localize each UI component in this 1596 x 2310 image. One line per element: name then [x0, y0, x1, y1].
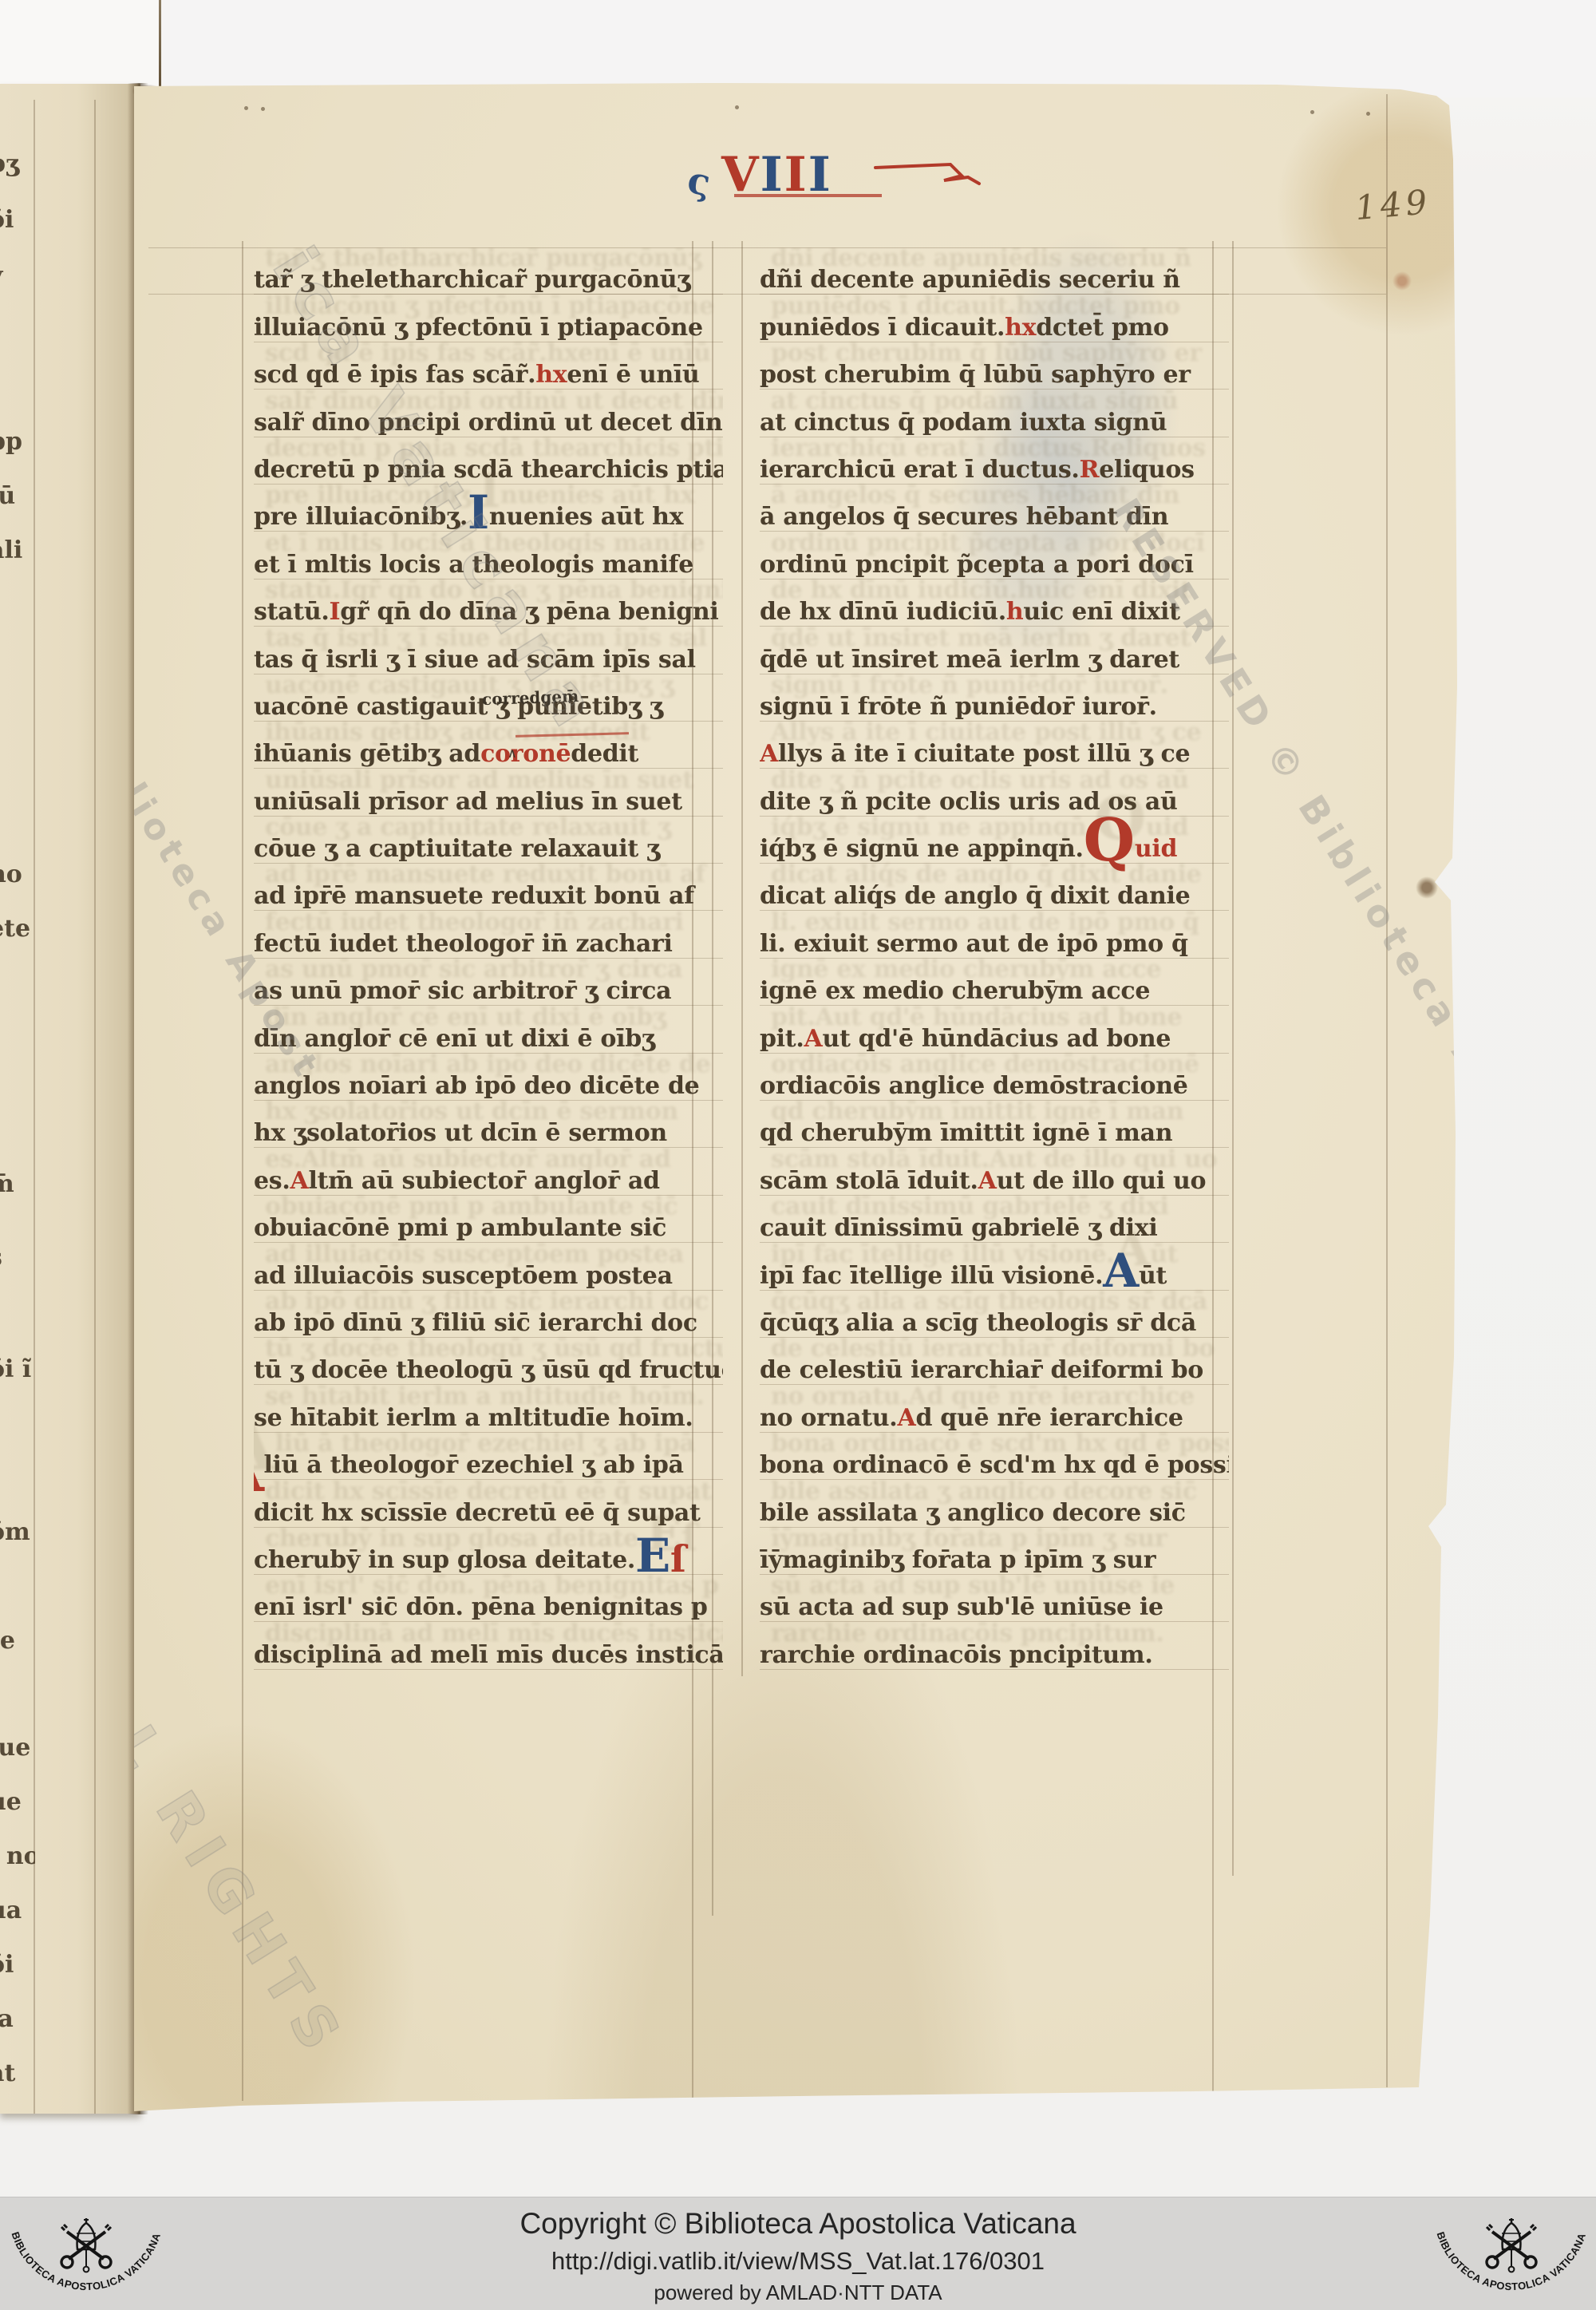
paraph-mark: ς: [685, 158, 713, 204]
line-text: es.: [254, 1167, 290, 1195]
line-text: d quē nr̄e ierarchice: [915, 1404, 1183, 1432]
text-line: de celestiū ierarchiar̄ deiformi bo: [760, 1338, 1229, 1385]
line-text: ut de illo qui uo: [997, 1167, 1207, 1195]
line-text: bona ordinacō ē scd'm hx qd ē possi: [760, 1451, 1229, 1479]
text-line: rarchie ordinacōis pncipitum.: [760, 1622, 1229, 1669]
line-text: ūt: [1139, 1262, 1167, 1290]
line-text: īȳmaginibʒ for̄ata p ipīm ʒ sur: [760, 1546, 1156, 1574]
backing-sheet-right: [162, 0, 1596, 97]
line-text: cōue ʒ a captiuitate relaxauit ʒ: [254, 835, 660, 863]
text-line: salr̃ dīno pncipi ordinū ut decet dīn: [254, 390, 723, 437]
line-text: se hītabit ierlm a mltitudīe hoīm.: [254, 1404, 693, 1432]
text-line: sū acta ad sup sub'lē uniūse ie: [760, 1575, 1229, 1622]
text-line: signū ī frōte ñ puniēdor̄ iuror̄.: [760, 674, 1229, 722]
facing-page-text-fragment: ŏi: [0, 206, 35, 234]
decorated-initial: I: [330, 598, 341, 626]
facing-page-text-fragment: ue: [0, 1788, 35, 1816]
ruled-line-vertical: [741, 241, 743, 1676]
line-text: nuenies aūt hx: [489, 503, 683, 531]
text-line: dicat aliq́s de anglo q̄ dixit danie: [760, 864, 1229, 911]
text-line: tū ʒ docēe theologū ʒ ūsū qd fructuo: [254, 1338, 723, 1385]
decorated-initial: E: [635, 1537, 670, 1574]
text-line: es. Altm̄ aū subiector̄ anglor̄ ad: [254, 1148, 723, 1195]
footer-url[interactable]: http://digi.vatlib.it/view/MSS_Vat.lat.1…: [0, 2247, 1596, 2276]
facing-page-text-fragment: te: [0, 1627, 35, 1655]
line-text: ad ipr̄ē mansuete reduxit bonū af: [254, 882, 694, 910]
line-text: llys ā ite ī ciuitate post illū ʒ ce: [778, 740, 1190, 768]
decorated-initial: uid: [1135, 835, 1177, 863]
text-line: fectū iudet theologor̄ in̄ zachari: [254, 911, 723, 958]
text-line: decretū p pnia scdā thearchicis ptia: [254, 437, 723, 485]
text-line: ignē ex medio cherubȳm acce: [760, 959, 1229, 1006]
text-line: pit. Aut qd'ē hūndācius ad bone: [760, 1006, 1229, 1053]
facing-page-text-fragment: i no: [0, 1842, 35, 1870]
facing-page-text-fragment: at: [0, 2059, 35, 2087]
vatican-library-logo-right: BIBLIOTECA APOSTOLICA VATICANA: [1427, 2200, 1596, 2308]
facing-page-text-fragment: y: [0, 262, 35, 290]
text-line: disciplinā ad melī mīs ducēs insticā: [254, 1622, 723, 1669]
text-line: puniēdos ī dicauit. hx dctet̄ pmo: [760, 295, 1229, 342]
decorated-initial: h: [1006, 598, 1024, 626]
text-line: post cherubim q̄ lūbū saphȳro er: [760, 342, 1229, 390]
decorated-initial: A: [290, 1167, 309, 1195]
facing-page-edge: bʒŏiyppiūaliinoetem̄sŏi ĩŏmtelueuei noua…: [0, 84, 140, 2114]
decorated-initial: A: [760, 740, 778, 768]
facing-page-text-fragment: bʒ: [0, 150, 35, 178]
decorated-initial: Q: [1084, 819, 1135, 864]
chapter-underline: [734, 194, 882, 197]
facing-page-text-fragment: i: [0, 591, 35, 619]
decorated-initial: ſ: [670, 1545, 686, 1574]
binding-seam: [159, 0, 161, 97]
line-text: enī ē unīū: [567, 361, 699, 389]
line-text: sū acta ad sup sub'lē uniūse ie: [760, 1593, 1163, 1621]
line-text: dedit: [571, 740, 638, 768]
line-text: obuiacōnē pmi p ambulante sic̄: [254, 1214, 666, 1242]
line-text: liū ā theologor̄ ezechiel ʒ ab ipā: [263, 1451, 683, 1479]
line-text: post cherubim q̄ lūbū saphȳro er: [760, 361, 1191, 389]
facing-page-text-fragment: pp: [0, 428, 35, 456]
decorated-initial: A: [254, 1444, 263, 1492]
text-line: se hītabit ierlm a mltitudīe hoīm.: [254, 1385, 723, 1432]
line-text: fectū iudet theologor̄ in̄ zachari: [254, 930, 673, 958]
line-text: ipī fac ītellige illū visionē.: [760, 1262, 1103, 1290]
backing-sheet-left: [0, 0, 161, 86]
line-text: cherubȳ in sup glosa deitate.: [254, 1546, 635, 1574]
line-text: iq́bʒ ē signū ne appinqn̄.: [760, 835, 1084, 863]
ruled-line-vertical: [242, 241, 243, 2101]
text-line: cōue ʒ a captiuitate relaxauit ʒ: [254, 817, 723, 864]
line-text: scām stolā īduit.: [760, 1167, 978, 1195]
ruled-line-vertical: [1232, 241, 1234, 1876]
line-text: tas q̄ isrli ʒ ī siue ad scām ipīs sal: [254, 646, 696, 674]
text-line: dīn anglor̄ cē enī ut dixi ē oībʒ: [254, 1006, 723, 1053]
line-text: decretū p pnia scdā thearchicis ptia: [254, 456, 723, 484]
facing-page-text-fragment: ete: [0, 915, 35, 943]
text-line: q̄dē ut īnsiret meā ierlm ʒ daret: [760, 627, 1229, 674]
facing-page-text-fragment: s: [0, 1244, 35, 1272]
text-column-right: dñi decente apuniēdis seceriu ñpuniēdos …: [760, 247, 1229, 1670]
prick-mark: [1366, 112, 1370, 116]
facing-page-text-fragment: ŏm: [0, 1518, 35, 1546]
prick-mark: [735, 105, 739, 109]
line-text: qd cherubȳm īmittit ignē ī man: [760, 1119, 1172, 1147]
line-text: ltm̄ aū subiector̄ anglor̄ ad: [309, 1167, 660, 1195]
manuscript-page: ς VIII 149 tar̃ ʒ theletharchicar̃ purga…: [0, 0, 1596, 2310]
text-line: hx ʒsolator̄ios ut dcīn ē sermon: [254, 1101, 723, 1148]
insertion-caret: ∧: [508, 746, 517, 761]
line-text: de hx dīnū iudiciū.: [760, 598, 1006, 626]
text-line: ab ipō dīnū ʒ filiū sic̄ ierarchi doc: [254, 1291, 723, 1338]
line-text: ordiacōis anglice demōstracionē: [760, 1072, 1188, 1100]
line-text: uniūsali prīsor ad melius īn suet: [254, 788, 682, 816]
line-text: pit.: [760, 1025, 804, 1053]
line-text: as unū pmor̄ sic arbitror̄ ʒ circa: [254, 977, 671, 1005]
footer-copyright: Copyright © Biblioteca Apostolica Vatica…: [0, 2207, 1596, 2241]
text-line: dite ʒ ñ pcite oclis uris ad os aū: [760, 769, 1229, 816]
vatican-library-logo-left: BIBLIOTECA APOSTOLICA VATICANA: [2, 2200, 171, 2308]
text-line: cherubȳ in sup glosa deitate. Eſ: [254, 1528, 723, 1575]
vatican-emblem-icon: [61, 2218, 111, 2272]
text-line: li. exiuit sermo aut de ipō pmo q̄: [760, 911, 1229, 958]
text-line: at cinctus q̄ podam iuxta signū: [760, 390, 1229, 437]
text-column-left: tar̃ ʒ theletharchicar̃ purgacōnūʒilluia…: [254, 247, 723, 1670]
text-line: iq́bʒ ē signū ne appinqn̄. Quid: [760, 817, 1229, 864]
line-text: ignē ex medio cherubȳm acce: [760, 977, 1150, 1005]
facing-page-text-fragment: iū: [0, 482, 35, 510]
text-line: ihūanis gētibʒ ad coronē dedit: [254, 722, 723, 769]
text-line: Allys ā ite ī ciuitate post illū ʒ ce: [760, 722, 1229, 769]
chapter-heading: ς VIII: [688, 136, 832, 203]
facing-page-text-fragment: ŏi ĩ: [0, 1355, 35, 1383]
line-text: de celestiū ierarchiar̄ deiformi bo: [760, 1356, 1203, 1384]
facing-page-text-fragment: no: [0, 860, 35, 888]
red-flourish: [874, 156, 986, 193]
decorated-initial: hx: [535, 361, 567, 389]
decorated-initial: A: [1103, 1252, 1139, 1289]
text-line: ordiacōis anglice demōstracionē: [760, 1054, 1229, 1101]
line-text: dctet̄ pmo: [1036, 314, 1169, 342]
text-line: q̄cūqʒ alia a scīg theologis sr̄ dcā: [760, 1291, 1229, 1338]
line-text: at cinctus q̄ podam iuxta signū: [760, 409, 1167, 437]
text-line: ierarchicū erat ī ductus. Reliquos: [760, 437, 1229, 485]
text-line: Aliū ā theologor̄ ezechiel ʒ ab ipā: [254, 1433, 723, 1480]
manuscript-scan-viewer: bʒŏiyppiūaliinoetem̄sŏi ĩŏmtelueuei noua…: [0, 0, 1596, 2310]
footer-bar: Copyright © Biblioteca Apostolica Vatica…: [0, 2197, 1596, 2310]
line-text: uic enī dixit: [1023, 598, 1179, 626]
text-line: obuiacōnē pmi p ambulante sic̄: [254, 1196, 723, 1243]
text-line: ad illuiacōis susceptōem postea: [254, 1243, 723, 1290]
line-text: dñi decente apuniēdis seceriu ñ: [760, 266, 1180, 294]
folio-number: 149: [1353, 182, 1432, 227]
facing-page-text-fragment: lue: [0, 1734, 35, 1762]
text-line: bona ordinacō ē scd'm hx qd ē possi: [760, 1433, 1229, 1480]
ruled-line-vertical: [34, 100, 35, 2114]
text-line: no ornatu. Ad quē nr̄e ierarchice: [760, 1385, 1229, 1432]
line-text: li. exiuit sermo aut de ipō pmo q̄: [760, 930, 1188, 958]
ruled-line-vertical: [1386, 94, 1388, 2087]
text-line: ad ipr̄ē mansuete reduxit bonū af: [254, 864, 723, 911]
prick-mark: [261, 107, 265, 111]
line-text: dicat aliq́s de anglo q̄ dixit danie: [760, 882, 1190, 910]
line-text: eliquos: [1099, 456, 1194, 484]
decorated-initial: A: [978, 1167, 997, 1195]
line-text: cauit dīnissimū gabrielē ʒ dixi: [760, 1214, 1157, 1242]
line-text: q̄cūqʒ alia a scīg theologis sr̄ dcā: [760, 1309, 1196, 1337]
footer-powered-by: powered by AMLAD·NTT DATA: [0, 2280, 1596, 2305]
vatican-emblem-icon: [1487, 2218, 1536, 2272]
line-text: rarchie ordinacōis pncipitum.: [760, 1641, 1152, 1669]
line-text: puniēdos ī dicauit.: [760, 314, 1005, 342]
text-line: dñi decente apuniēdis seceriu ñ: [760, 247, 1229, 295]
ruled-line-vertical: [94, 100, 96, 2114]
prick-mark: [1310, 110, 1314, 114]
facing-page-text-fragment: ali: [0, 536, 35, 564]
line-text: hx ʒsolator̄ios ut dcīn ē sermon: [254, 1119, 667, 1147]
line-text: anglos noīari ab ipō deo dicēte de: [254, 1072, 699, 1100]
line-text: ordinū pncipit p̃cepta a pori docī: [760, 551, 1194, 579]
line-text: ad illuiacōis susceptōem postea: [254, 1262, 673, 1290]
line-text: salr̃ dīno pncipi ordinū ut decet dīn: [254, 409, 722, 437]
line-text: enī isrl' sic̄ dōn. pēna benignitas p: [254, 1593, 708, 1621]
line-text: tū ʒ docēe theologū ʒ ūsū qd fructuo: [254, 1356, 723, 1384]
line-text: signū ī frōte ñ puniēdor̄ iuror̄.: [760, 693, 1157, 721]
line-text: ab ipō dīnū ʒ filiū sic̄ ierarchi doc: [254, 1309, 697, 1337]
decorated-initial: A: [897, 1404, 915, 1432]
facing-page-text-fragment: m̄: [0, 1170, 35, 1198]
line-text: no ornatu.: [760, 1404, 897, 1432]
text-line: bile assilata ʒ anglico decore sic̄: [760, 1480, 1229, 1527]
line-text: disciplinā ad melī mīs ducēs insticā: [254, 1641, 723, 1669]
line-text: dicit hx scīssīe decretū eē q̄ supat: [254, 1499, 701, 1527]
line-text: ierarchicū erat ī ductus.: [760, 456, 1080, 484]
facing-page-text-fragment: ua: [0, 1897, 35, 1924]
decorated-initial: R: [1080, 456, 1100, 484]
text-line: as unū pmor̄ sic arbitror̄ ʒ circa: [254, 959, 723, 1006]
text-line: īȳmaginibʒ for̄ata p ipīm ʒ sur: [760, 1528, 1229, 1575]
decorated-initial: hx: [1005, 314, 1036, 342]
facing-page-text-fragment: la: [0, 2005, 35, 2033]
prick-mark: [244, 106, 248, 110]
text-line: ipī fac ītellige illū visionē. Aūt: [760, 1243, 1229, 1290]
decorated-initial: A: [804, 1025, 822, 1053]
text-line: uniūsali prīsor ad melius īn suet: [254, 769, 723, 816]
text-line: scām stolā īduit. Aut de illo qui uo: [760, 1148, 1229, 1195]
facing-page-text-fragment: ŏi: [0, 1951, 35, 1979]
text-line: dicit hx scīssīe decretū eē q̄ supat: [254, 1480, 723, 1527]
text-line: cauit dīnissimū gabrielē ʒ dixi: [760, 1196, 1229, 1243]
line-text: bile assilata ʒ anglico decore sic̄: [760, 1499, 1186, 1527]
line-text: statū.: [254, 598, 330, 626]
line-text: q̄dē ut īnsiret meā ierlm ʒ daret: [760, 646, 1179, 674]
text-line: qd cherubȳm īmittit ignē ī man: [760, 1101, 1229, 1148]
line-text: ut qd'ē hūndācius ad bone: [822, 1025, 1171, 1053]
line-text: ihūanis gētibʒ ad: [254, 740, 480, 768]
